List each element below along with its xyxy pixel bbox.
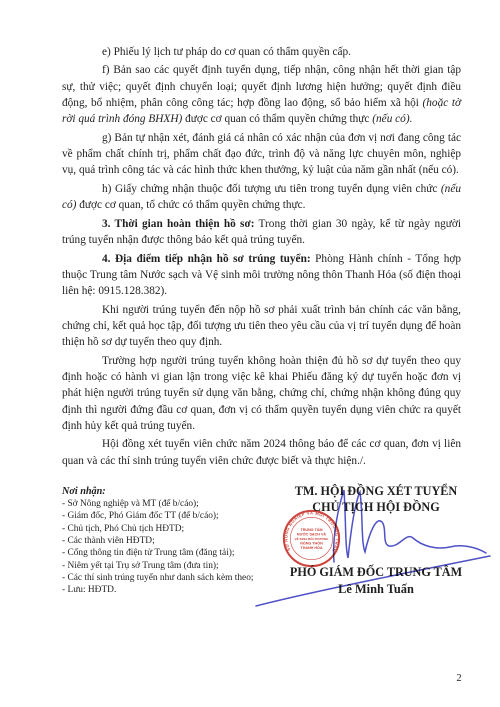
paragraph: 3. Thời gian hoàn thiện hồ sơ: Trong thờ… <box>62 216 461 249</box>
paragraph: 4. Địa điểm tiếp nhận hồ sơ trúng tuyển:… <box>62 251 461 300</box>
handwritten-signature <box>250 486 500 611</box>
document-page: e) Phiếu lý lịch tư pháp do cơ quan có t… <box>0 0 500 707</box>
paragraph: e) Phiếu lý lịch tư pháp do cơ quan có t… <box>62 44 461 60</box>
paragraph: Hội đồng xét tuyển viên chức năm 2024 th… <box>62 436 461 469</box>
paragraph: f) Bản sao các quyết định tuyển dụng, ti… <box>62 62 461 127</box>
paragraph: h) Giấy chứng nhận thuộc đối tượng ưu ti… <box>62 181 461 214</box>
paragraph: Trường hợp người trúng tuyển không hoàn … <box>62 353 461 434</box>
page-number: 2 <box>448 673 470 684</box>
paragraph: Khi người trúng tuyển đến nộp hồ sơ phải… <box>62 302 461 351</box>
paragraph: g) Bản tự nhận xét, đánh giá cá nhân có … <box>62 130 461 179</box>
document-body: e) Phiếu lý lịch tư pháp do cơ quan có t… <box>62 44 461 471</box>
